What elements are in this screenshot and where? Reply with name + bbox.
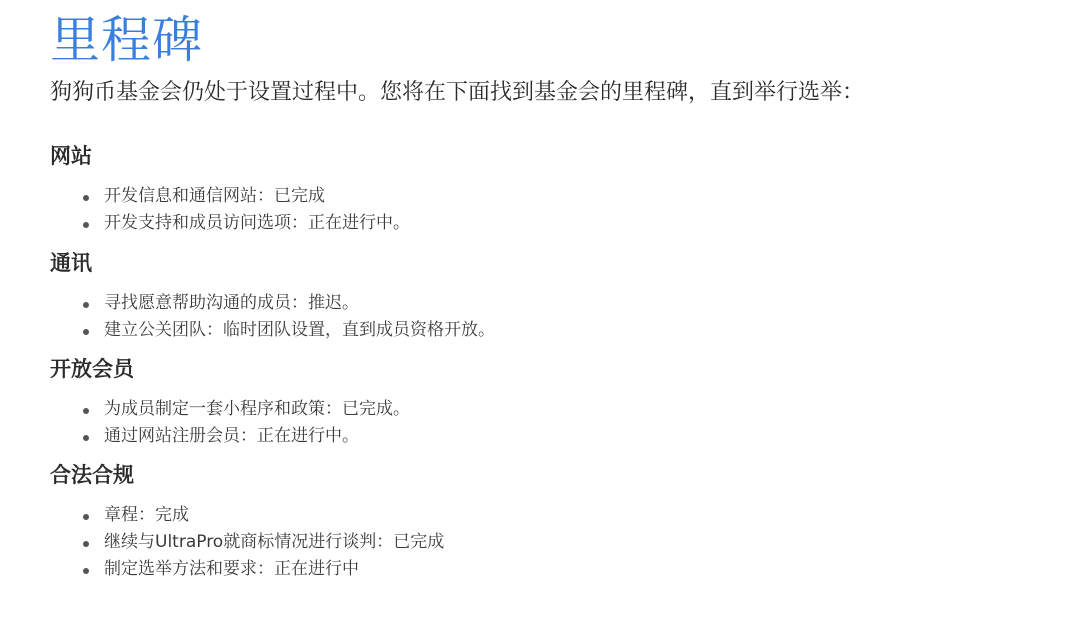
section-heading: 网站 <box>50 143 92 169</box>
section-heading: 合法合规 <box>50 462 134 488</box>
milestone-list: 章程：完成 继续与UltraPro就商标情况进行谈判：已完成 制定选举方法和要求… <box>83 502 783 583</box>
section-heading: 开放会员 <box>50 356 134 382</box>
list-item: 章程：完成 <box>83 502 783 529</box>
list-item: 开发支持和成员访问选项：正在进行中。 <box>83 210 783 237</box>
list-item: 制定选举方法和要求：正在进行中 <box>83 556 783 583</box>
section-open-membership: 开放会员 为成员制定一套小程序和政策：已完成。 通过网站注册会员：正在进行中。 <box>50 356 134 382</box>
milestone-list: 为成员制定一套小程序和政策：已完成。 通过网站注册会员：正在进行中。 <box>83 396 783 450</box>
milestone-list: 开发信息和通信网站：已完成 开发支持和成员访问选项：正在进行中。 <box>83 183 783 237</box>
list-item: 为成员制定一套小程序和政策：已完成。 <box>83 396 783 423</box>
list-item: 建立公关团队：临时团队设置，直到成员资格开放。 <box>83 317 783 344</box>
section-communications: 通讯 寻找愿意帮助沟通的成员：推迟。 建立公关团队：临时团队设置，直到成员资格开… <box>50 250 92 276</box>
list-item: 寻找愿意帮助沟通的成员：推迟。 <box>83 290 783 317</box>
section-heading: 通讯 <box>50 250 92 276</box>
list-item: 继续与UltraPro就商标情况进行谈判：已完成 <box>83 529 783 556</box>
list-item: 开发信息和通信网站：已完成 <box>83 183 783 210</box>
milestone-list: 寻找愿意帮助沟通的成员：推迟。 建立公关团队：临时团队设置，直到成员资格开放。 <box>83 290 783 344</box>
list-item: 通过网站注册会员：正在进行中。 <box>83 423 783 450</box>
section-legal-compliance: 合法合规 章程：完成 继续与UltraPro就商标情况进行谈判：已完成 制定选举… <box>50 462 134 488</box>
intro-paragraph: 狗狗币基金会仍处于设置过程中。您将在下面找到基金会的里程碑，直到举行选举： <box>50 80 900 106</box>
page-title: 里程碑 <box>50 10 203 70</box>
section-website: 网站 开发信息和通信网站：已完成 开发支持和成员访问选项：正在进行中。 <box>50 143 92 169</box>
